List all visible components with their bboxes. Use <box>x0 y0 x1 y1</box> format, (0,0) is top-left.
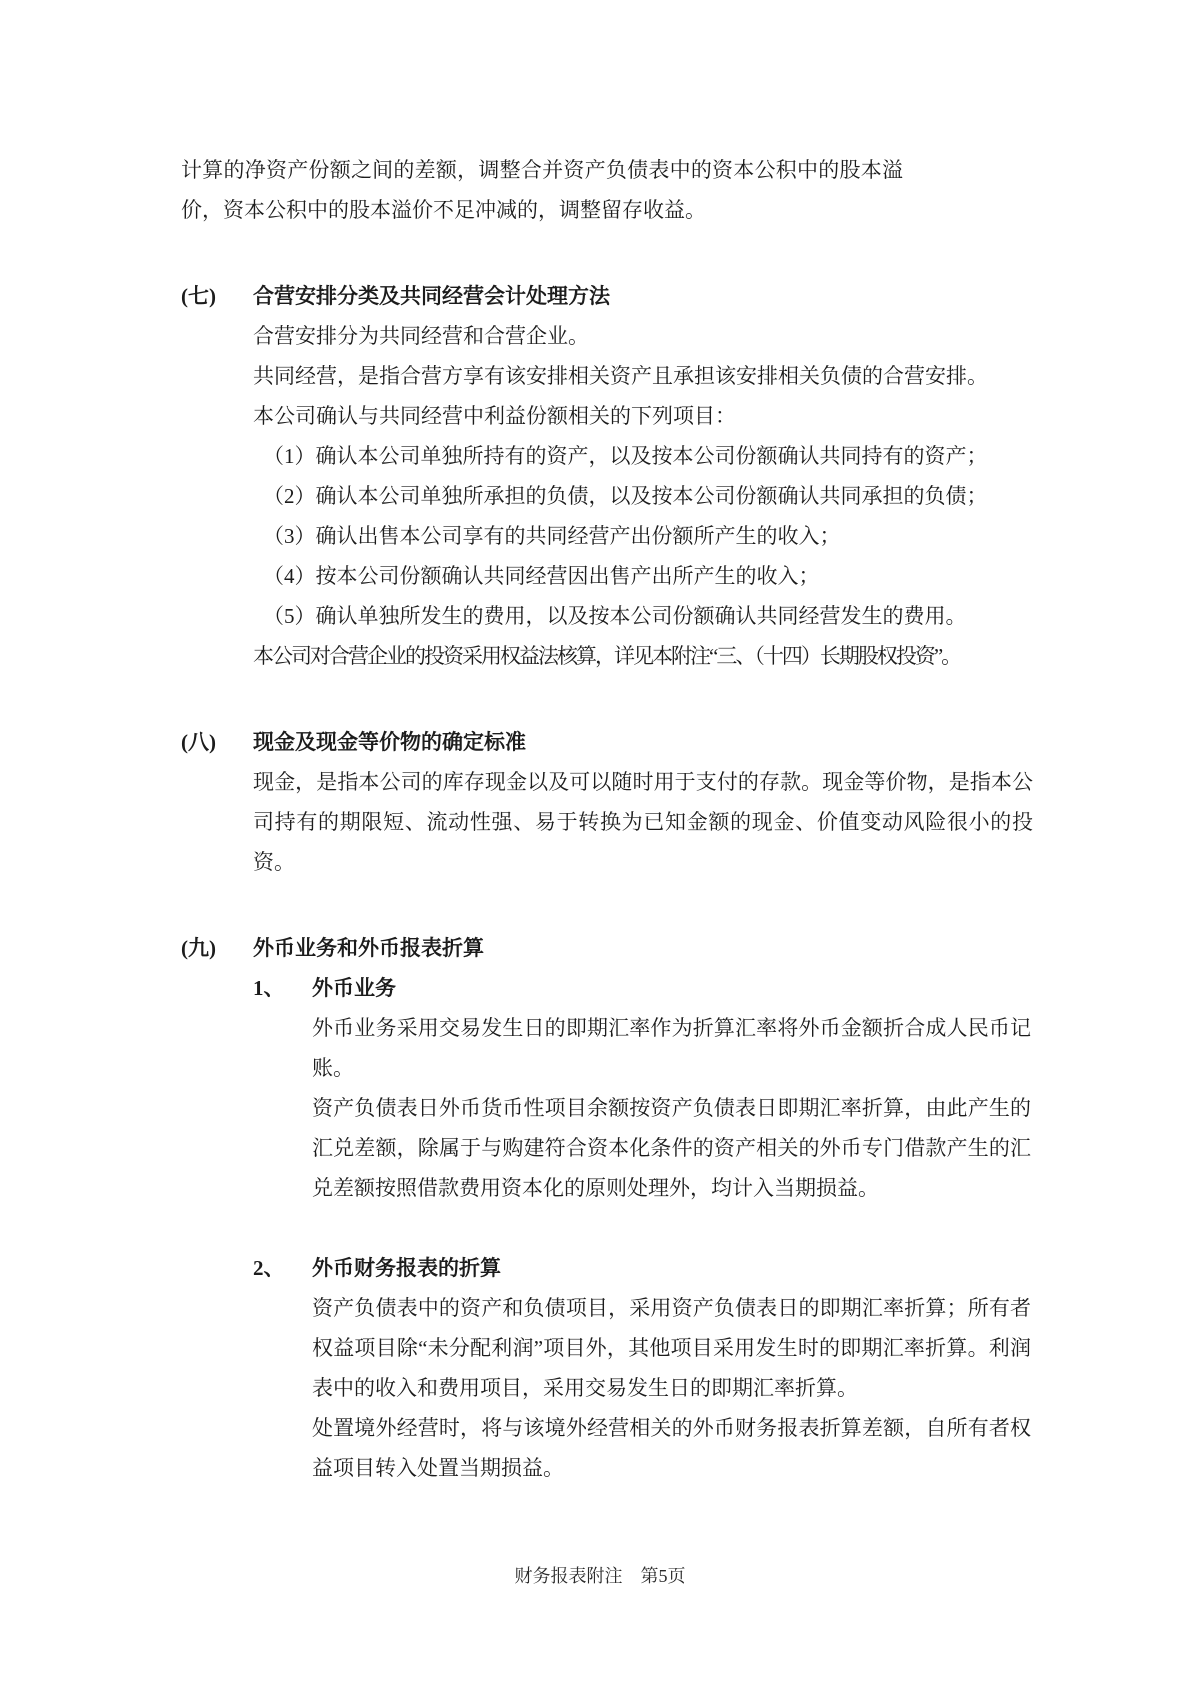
section-title: 现金及现金等价物的确定标准 <box>253 722 1032 762</box>
subsection-body: 外币业务采用交易发生日的即期汇率作为折算汇率将外币金额折合成人民币记账。 资产负… <box>312 1008 1031 1208</box>
subsection-foreign-currency-business: 1、 外币业务 外币业务采用交易发生日的即期汇率作为折算汇率将外币金额折合成人民… <box>253 968 1032 1208</box>
paragraph: 本公司确认与共同经营中利益份额相关的下列项目： <box>253 396 1033 436</box>
section-cash-equivalents: (八) 现金及现金等价物的确定标准 现金，是指本公司的库存现金以及可以随时用于支… <box>181 722 1032 882</box>
subsection-number: 2、 <box>253 1248 312 1288</box>
section-title: 外币业务和外币报表折算 <box>253 928 1032 968</box>
section-body: 合营安排分为共同经营和合营企业。 共同经营，是指合营方享有该安排相关资产且承担该… <box>253 316 1033 676</box>
paragraph: 共同经营，是指合营方享有该安排相关资产且承担该安排相关负债的合营安排。 <box>253 356 1033 396</box>
continuation-paragraph: 计算的净资产份额之间的差额，调整合并资产负债表中的资本公积中的股本溢价，资本公积… <box>181 150 903 230</box>
numbered-item-list: （1）确认本公司单独所持有的资产，以及按本公司份额确认共同持有的资产； （2）确… <box>253 436 1033 636</box>
paragraph: 外币业务采用交易发生日的即期汇率作为折算汇率将外币金额折合成人民币记账。 <box>312 1008 1031 1088</box>
paragraph: 处置境外经营时，将与该境外经营相关的外币财务报表折算差额，自所有者权益项目转入处… <box>312 1408 1031 1488</box>
section-foreign-currency: (九) 外币业务和外币报表折算 1、 外币业务 外币业务采用交易发生日的即期汇率… <box>181 928 1032 1488</box>
list-item: （2）确认本公司单独所承担的负债，以及按本公司份额确认共同承担的负债； <box>263 476 1032 516</box>
section-joint-arrangements: (七) 合营安排分类及共同经营会计处理方法 合营安排分为共同经营和合营企业。 共… <box>181 276 1032 676</box>
section-body: 现金，是指本公司的库存现金以及可以随时用于支付的存款。现金等价物，是指本公司持有… <box>253 762 1033 882</box>
paragraph: 合营安排分为共同经营和合营企业。 <box>253 316 1033 356</box>
subsection-heading: 1、 外币业务 <box>253 968 1032 1008</box>
section-heading: (七) 合营安排分类及共同经营会计处理方法 <box>181 276 1032 316</box>
section-heading: (八) 现金及现金等价物的确定标准 <box>181 722 1032 762</box>
subsection-title: 外币业务 <box>312 968 1032 1008</box>
paragraph: 资产负债表中的资产和负债项目，采用资产负债表日的即期汇率折算；所有者权益项目除“… <box>312 1288 1031 1408</box>
paragraph: 现金，是指本公司的库存现金以及可以随时用于支付的存款。现金等价物，是指本公司持有… <box>253 762 1033 882</box>
paragraph: 资产负债表日外币货币性项目余额按资产负债表日即期汇率折算，由此产生的汇兑差额，除… <box>312 1088 1031 1208</box>
section-label: (七) <box>181 276 253 316</box>
subsection-fs-translation: 2、 外币财务报表的折算 资产负债表中的资产和负债项目，采用资产负债表日的即期汇… <box>253 1248 1032 1488</box>
list-item: （4）按本公司份额确认共同经营因出售产出所产生的收入； <box>263 556 1032 596</box>
section-heading: (九) 外币业务和外币报表折算 <box>181 928 1032 968</box>
section-title: 合营安排分类及共同经营会计处理方法 <box>253 276 1032 316</box>
section-label: (八) <box>181 722 253 762</box>
subsection-heading: 2、 外币财务报表的折算 <box>253 1248 1032 1288</box>
document-page: 计算的净资产份额之间的差额，调整合并资产负债表中的资本公积中的股本溢价，资本公积… <box>0 0 1200 1696</box>
section-label: (九) <box>181 928 253 968</box>
subsection-title: 外币财务报表的折算 <box>312 1248 1032 1288</box>
list-item: （3）确认出售本公司享有的共同经营产出份额所产生的收入； <box>263 516 1032 556</box>
subsection-number: 1、 <box>253 968 312 1008</box>
list-item: （5）确认单独所发生的费用，以及按本公司份额确认共同经营发生的费用。 <box>263 596 1032 636</box>
document-body: 计算的净资产份额之间的差额，调整合并资产负债表中的资本公积中的股本溢价，资本公积… <box>181 150 1032 1488</box>
paragraph: 本公司对合营企业的投资采用权益法核算，详见本附注“三、（十四）长期股权投资”。 <box>253 636 1033 676</box>
page-footer: 财务报表附注 第5页 <box>0 1562 1200 1590</box>
list-item: （1）确认本公司单独所持有的资产，以及按本公司份额确认共同持有的资产； <box>263 436 1032 476</box>
subsection-body: 资产负债表中的资产和负债项目，采用资产负债表日的即期汇率折算；所有者权益项目除“… <box>312 1288 1031 1488</box>
